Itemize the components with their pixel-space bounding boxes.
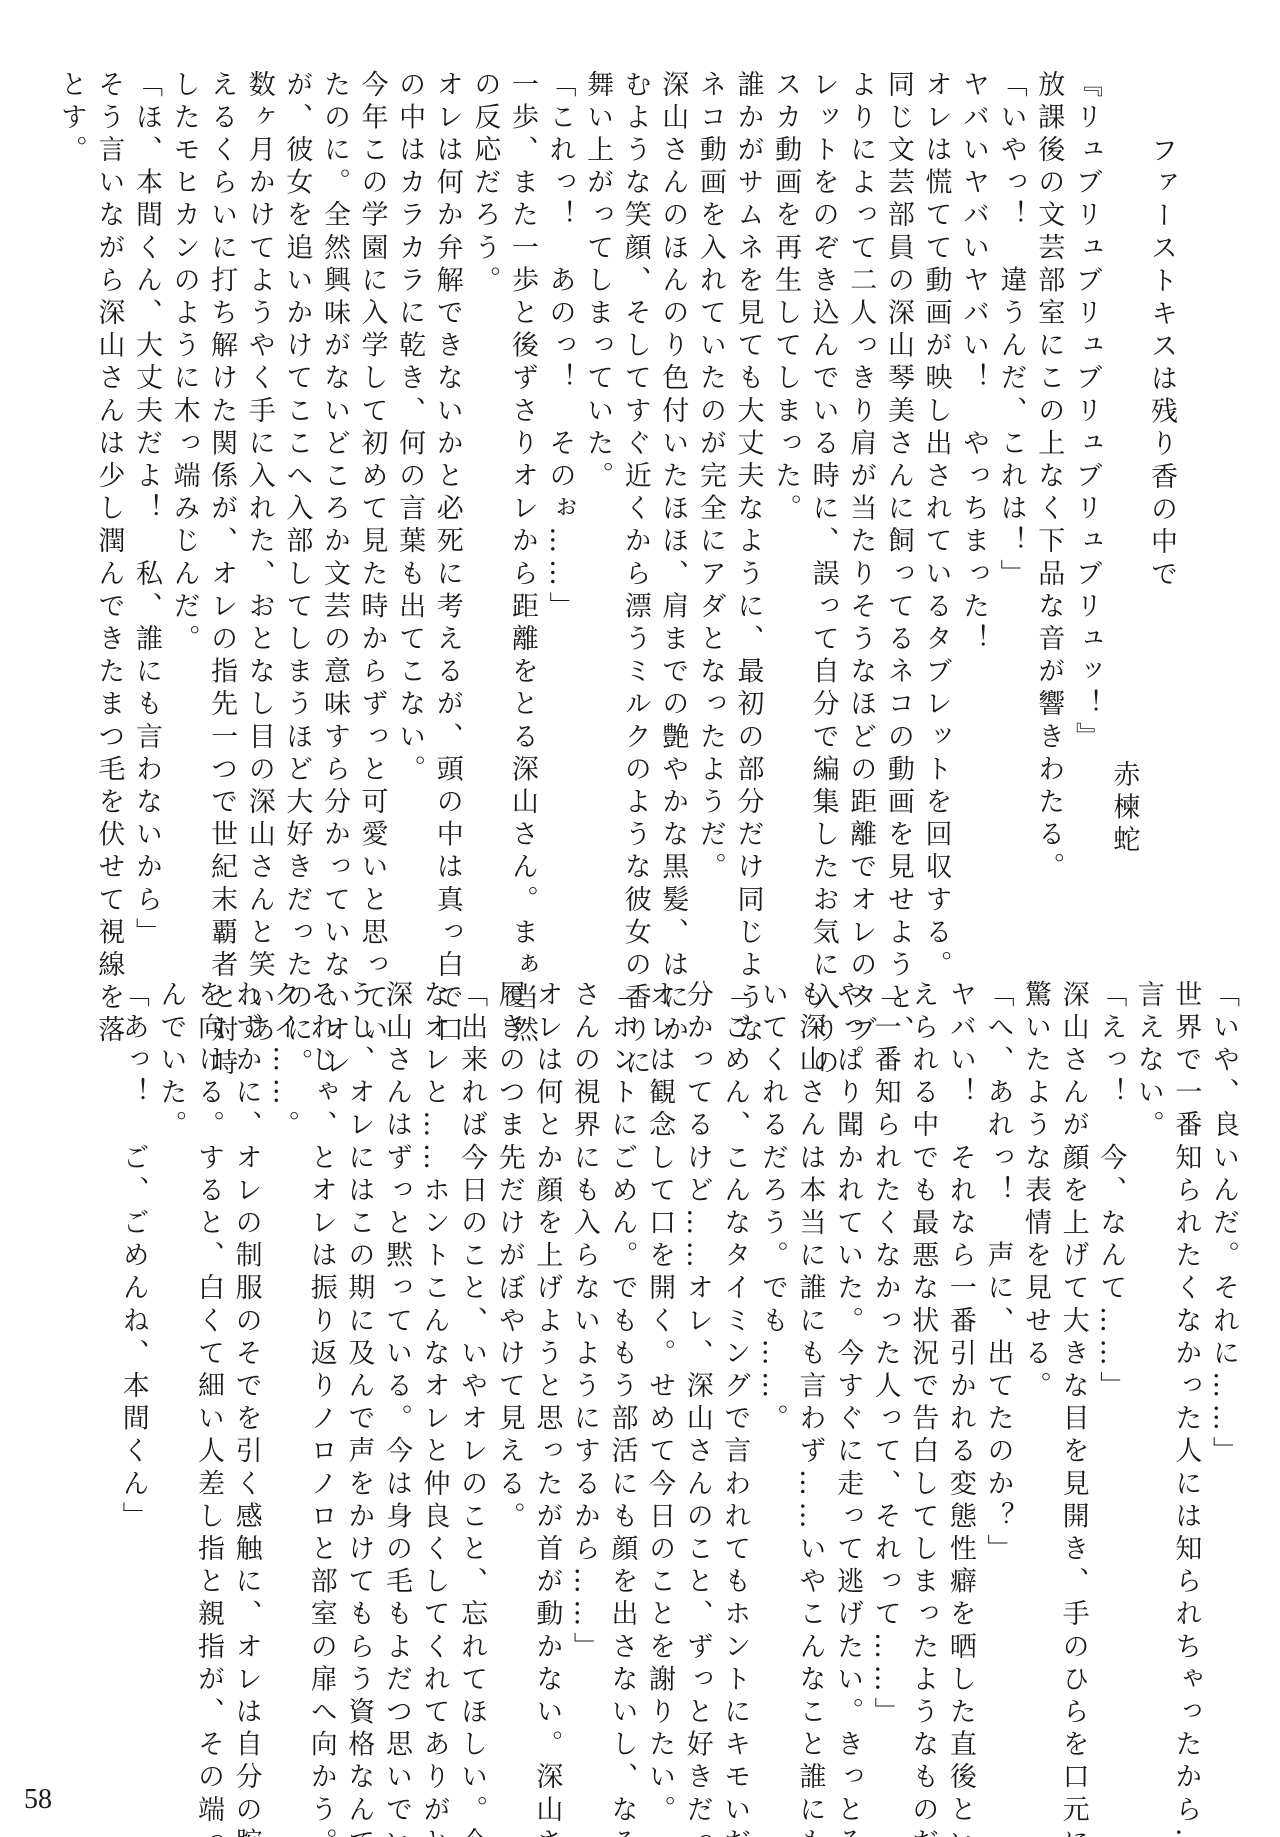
text-column: 世界で一番知られたくなかった人には知られちゃったから……とは — [1167, 980, 1205, 1780]
text-column: 舞い上がってしまっていた。 — [579, 70, 617, 870]
text-column: 「ホントにごめん。でももう部活にも顔を出さないし、なるべく深山 — [603, 980, 641, 1780]
text-column: ヤバい！ それなら一番引かれる変態性癖を晒した直後という、考 — [941, 980, 979, 1780]
text-column: 誰かがサムネを見ても大丈夫なように、最初の部分だけ同じような — [729, 70, 767, 870]
text-column: オレは慌てて動画が映し出されているタブレットを回収する。 — [917, 70, 955, 870]
text-column: わずかに、オレの制服のそでを引く感触に、オレは自分の腕へと目 — [227, 980, 265, 1780]
text-column: オレは観念して口を開く。せめて今日のことを謝りたい。 — [641, 980, 679, 1780]
text-column: んでいた。 — [152, 980, 190, 1780]
text-column: レットをのぞき込んでいる時に、誤って自分で編集したお気に入りの — [804, 70, 842, 870]
text-column: とす。 — [52, 70, 90, 870]
text-column: たのに。全然興味がないどころか文芸の意味すら分かっていないオレ — [315, 70, 353, 870]
text-column: 深山さんが顔を上げて大きな目を見開き、手のひらを口元にあてて — [1054, 980, 1092, 1780]
text-column: オレは何とか顔を上げようと思ったが首が動かない。深山さんの上 — [528, 980, 566, 1780]
story-title: ファーストキスは残り香の中で — [1142, 70, 1180, 870]
text-column: 分かってるけど……オレ、深山さんのこと、ずっと好きだったんだ」 — [678, 980, 716, 1780]
text-column: 「えっ！ 今、なんて……」 — [1092, 980, 1130, 1780]
text-column: なオレと……ホントこんなオレと仲良くしてくれてありがとう」 — [415, 980, 453, 1780]
text-column: も深山さんは本当に誰にも言わず……いやこんなこと誰にも言えずに — [791, 980, 829, 1780]
text-column: むような笑顔、そしてすぐ近くから漂うミルクのような彼女の香りに — [616, 70, 654, 870]
text-column: 「出来れば今日のこと、いやオレのこと、忘れてほしい。今までこん — [453, 980, 491, 1780]
text-column: 言えない。 — [1129, 980, 1167, 1780]
text-column: 深山さんはずっと黙っている。今は身の毛もよだつ思いでいるだろ — [377, 980, 415, 1780]
text-column: 「ほ、本間くん、大丈夫だよ！ 私、誰にも言わないから」 — [127, 70, 165, 870]
text-column: うし、オレにはこの期に及んで声をかけてもらう資格なんてない。 — [340, 980, 378, 1780]
text-column: ネコ動画を入れていたのが完全にアダとなったようだ。 — [691, 70, 729, 870]
text-column: 「あっ！ ご、ごめんね、本間くん」 — [114, 980, 152, 1780]
story-author: 赤楝蛇 — [1105, 70, 1143, 870]
text-column: したモヒカンのように木っ端みじんだ。 — [165, 70, 203, 870]
text-column: 『リュブリュブリュブリュブリュブリュッ！』 — [1067, 70, 1105, 870]
text-column: それじゃ、とオレは振り返りノロノロと部室の扉へ向かう。 — [302, 980, 340, 1780]
text-column: 同じ文芸部員の深山琴美さんに飼ってるネコの動画を見せようと、 — [879, 70, 917, 870]
text-column: を向ける。すると、白くて細い人差し指と親指が、その端っこをつま — [189, 980, 227, 1780]
text-column: が、彼女を追いかけてここへ入部してしまうほど大好きだったのに。 — [278, 70, 316, 870]
text-column: スカ動画を再生してしまった。 — [766, 70, 804, 870]
text-column: 深山さんのほんのり色付いたほほ、肩までの艶やかな黒髪、はにか — [654, 70, 692, 870]
text-column: 「へ、あれっ！ 声に、出てたのか？」 — [979, 980, 1017, 1780]
story-bottom-block: 「いや、良いんだ。それに……」 世界で一番知られたくなかった人には知られちゃった… — [52, 980, 1242, 1780]
story-top-block: ファーストキスは残り香の中で 赤楝蛇 『リュブリュブリュブリュブリュブリュッ！』… — [50, 70, 1180, 870]
text-column: 今年この学園に入学して初めて見た時からずっと可愛いと思ってい — [353, 70, 391, 870]
text-column: ヤバいヤバいヤバい！ やっちまった！ — [954, 70, 992, 870]
text-column: やっぱり聞かれていた。今すぐに走って逃げたい。きっとそうして — [828, 980, 866, 1780]
text-column: いてくれるだろう。でも……。 — [753, 980, 791, 1780]
text-column: 「これっ！ あのっ！ そのぉ……」 — [541, 70, 579, 870]
text-column: そう言いながら深山さんは少し潤んできたまつ毛を伏せて視線を落 — [90, 70, 128, 870]
text-column: 「いやっ！ 違うんだ、これは！」 — [992, 70, 1030, 870]
text-column: 驚いたような表情を見せる。 — [1016, 980, 1054, 1780]
text-column: の反応だろう。 — [466, 70, 504, 870]
text-column: 「ごめん、こんなタイミングで言われてもホントにキモいだけだって — [716, 980, 754, 1780]
text-column: クイ……。 — [265, 980, 303, 1780]
text-column: 「いや、良いんだ。それに……」 — [1204, 980, 1242, 1780]
page-number: 58 — [24, 1784, 52, 1816]
text-column: 一歩、また一歩と後ずさりオレから距離をとる深山さん。まぁ当然 — [503, 70, 541, 870]
text-column: えられる中でも最悪な状況で告白してしまったようなものだ。 — [904, 980, 942, 1780]
text-column: よりによって二人っきり肩が当たりそうなほどの距離でオレのタブ — [842, 70, 880, 870]
text-column: 履きのつま先だけがぼやけて見える。 — [490, 980, 528, 1780]
text-column: さんの視界にも入らないようにするから……」 — [565, 980, 603, 1780]
text-column: の中はカラカラに乾き、何の言葉も出てこない。 — [391, 70, 429, 870]
text-column: 「一番知られたくなかった人って、それって……」 — [866, 980, 904, 1780]
text-column: 数ヶ月かけてようやく手に入れた、おとなし目の深山さんと笑いあ — [240, 70, 278, 870]
text-column: 放課後の文芸部室にこの上なく下品な音が響きわたる。 — [1030, 70, 1068, 870]
text-column: オレは何か弁解できないかと必死に考えるが、頭の中は真っ白で口 — [428, 70, 466, 870]
text-column: えるくらいに打ち解けた関係が、オレの指先一つで世紀末覇者と対峙 — [203, 70, 241, 870]
